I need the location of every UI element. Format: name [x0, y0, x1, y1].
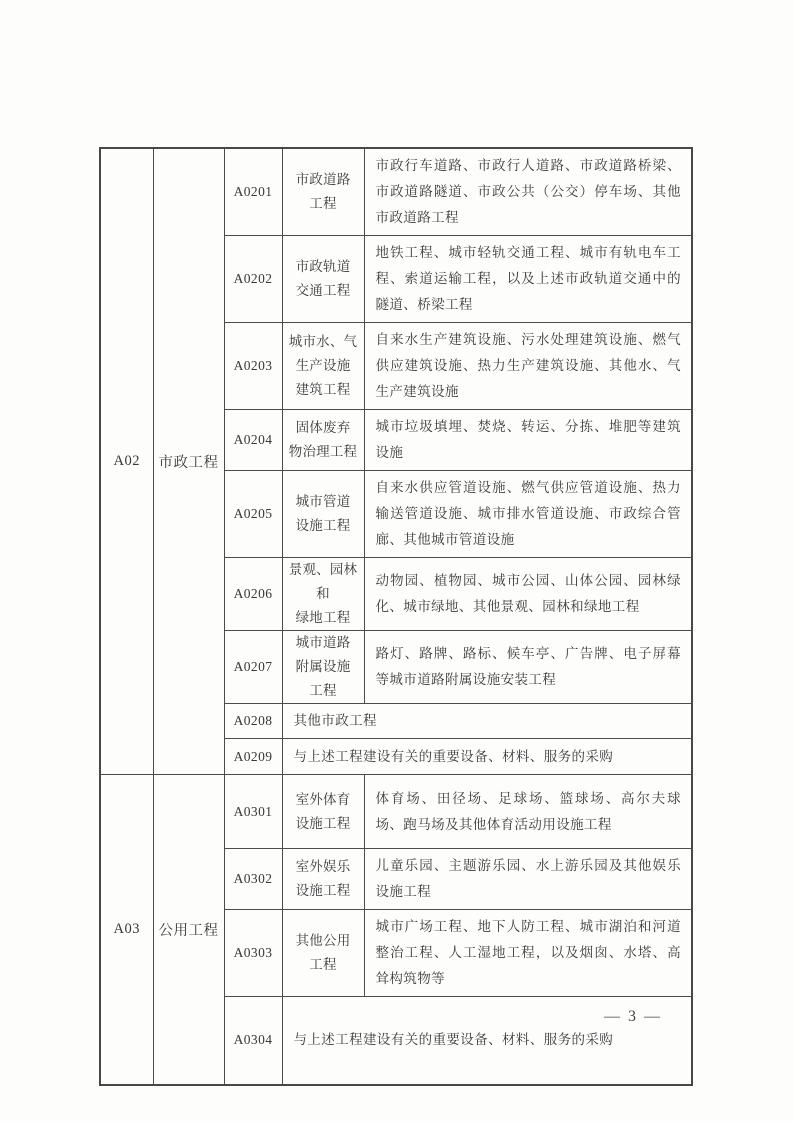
item-name-cell: 城市道路 附属设施 工程 — [282, 631, 364, 704]
item-name-cell: 城市水、气 生产设施 建筑工程 — [282, 323, 364, 410]
item-name-cell: 景观、园林和 绿地工程 — [282, 558, 364, 631]
group-name-cell: 公用工程 — [153, 775, 224, 1085]
item-desc-cell: 儿童乐园、主题游乐园、水上游乐园及其他娱乐设施工程 — [364, 849, 692, 910]
item-code-cell: A0301 — [224, 775, 282, 849]
table-row: A03 公用工程 A0301 室外体育 设施工程 体育场、田径场、足球场、篮球场… — [100, 775, 692, 849]
item-name-cell: 市政轨道 交通工程 — [282, 236, 364, 323]
classification-table: A02 市政工程 A0201 市政道路 工程 市政行车道路、市政行人道路、市政道… — [99, 147, 693, 1086]
item-desc-cell: 自来水生产建筑设施、污水处理建筑设施、燃气供应建筑设施、热力生产建筑设施、其他水… — [364, 323, 692, 410]
document-page: A02 市政工程 A0201 市政道路 工程 市政行车道路、市政行人道路、市政道… — [0, 0, 793, 1121]
item-code-cell: A0201 — [224, 148, 282, 236]
item-code-cell: A0203 — [224, 323, 282, 410]
item-desc-cell: 城市广场工程、地下人防工程、城市湖泊和河道整治工程、人工湿地工程，以及烟囱、水塔… — [364, 910, 692, 997]
item-desc-cell: 其他市政工程 — [282, 704, 692, 739]
item-code-cell: A0204 — [224, 410, 282, 471]
item-code-cell: A0208 — [224, 704, 282, 739]
table-row: A02 市政工程 A0201 市政道路 工程 市政行车道路、市政行人道路、市政道… — [100, 148, 692, 236]
item-name-cell: 其他公用 工程 — [282, 910, 364, 997]
item-desc-cell: 地铁工程、城市轻轨交通工程、城市有轨电车工程、索道运输工程，以及上述市政轨道交通… — [364, 236, 692, 323]
item-code-cell: A0304 — [224, 997, 282, 1085]
item-desc-cell: 城市垃圾填埋、焚烧、转运、分拣、堆肥等建筑设施 — [364, 410, 692, 471]
page-number: — 3 — — [588, 1008, 678, 1026]
item-code-cell: A0206 — [224, 558, 282, 631]
item-name-cell: 室外体育 设施工程 — [282, 775, 364, 849]
item-desc-cell: 动物园、植物园、城市公园、山体公园、园林绿化、城市绿地、其他景观、园林和绿地工程 — [364, 558, 692, 631]
item-desc-cell: 市政行车道路、市政行人道路、市政道路桥梁、市政道路隧道、市政公共（公交）停车场、… — [364, 148, 692, 236]
item-code-cell: A0302 — [224, 849, 282, 910]
item-desc-cell: 与上述工程建设有关的重要设备、材料、服务的采购 — [282, 739, 692, 775]
item-name-cell: 市政道路 工程 — [282, 148, 364, 236]
item-code-cell: A0207 — [224, 631, 282, 704]
item-code-cell: A0205 — [224, 471, 282, 558]
item-desc-cell: 路灯、路牌、路标、候车亭、广告牌、电子屏幕等城市道路附属设施安装工程 — [364, 631, 692, 704]
item-code-cell: A0209 — [224, 739, 282, 775]
item-name-cell: 室外娱乐 设施工程 — [282, 849, 364, 910]
group-code-cell: A02 — [100, 148, 153, 775]
group-name-cell: 市政工程 — [153, 148, 224, 775]
item-desc-cell: 体育场、田径场、足球场、篮球场、高尔夫球场、跑马场及其他体育活动用设施工程 — [364, 775, 692, 849]
item-name-cell: 固体废弃 物治理工程 — [282, 410, 364, 471]
item-code-cell: A0202 — [224, 236, 282, 323]
item-name-cell: 城市管道 设施工程 — [282, 471, 364, 558]
item-code-cell: A0303 — [224, 910, 282, 997]
group-code-cell: A03 — [100, 775, 153, 1085]
item-desc-cell: 自来水供应管道设施、燃气供应管道设施、热力输送管道设施、城市排水管道设施、市政综… — [364, 471, 692, 558]
